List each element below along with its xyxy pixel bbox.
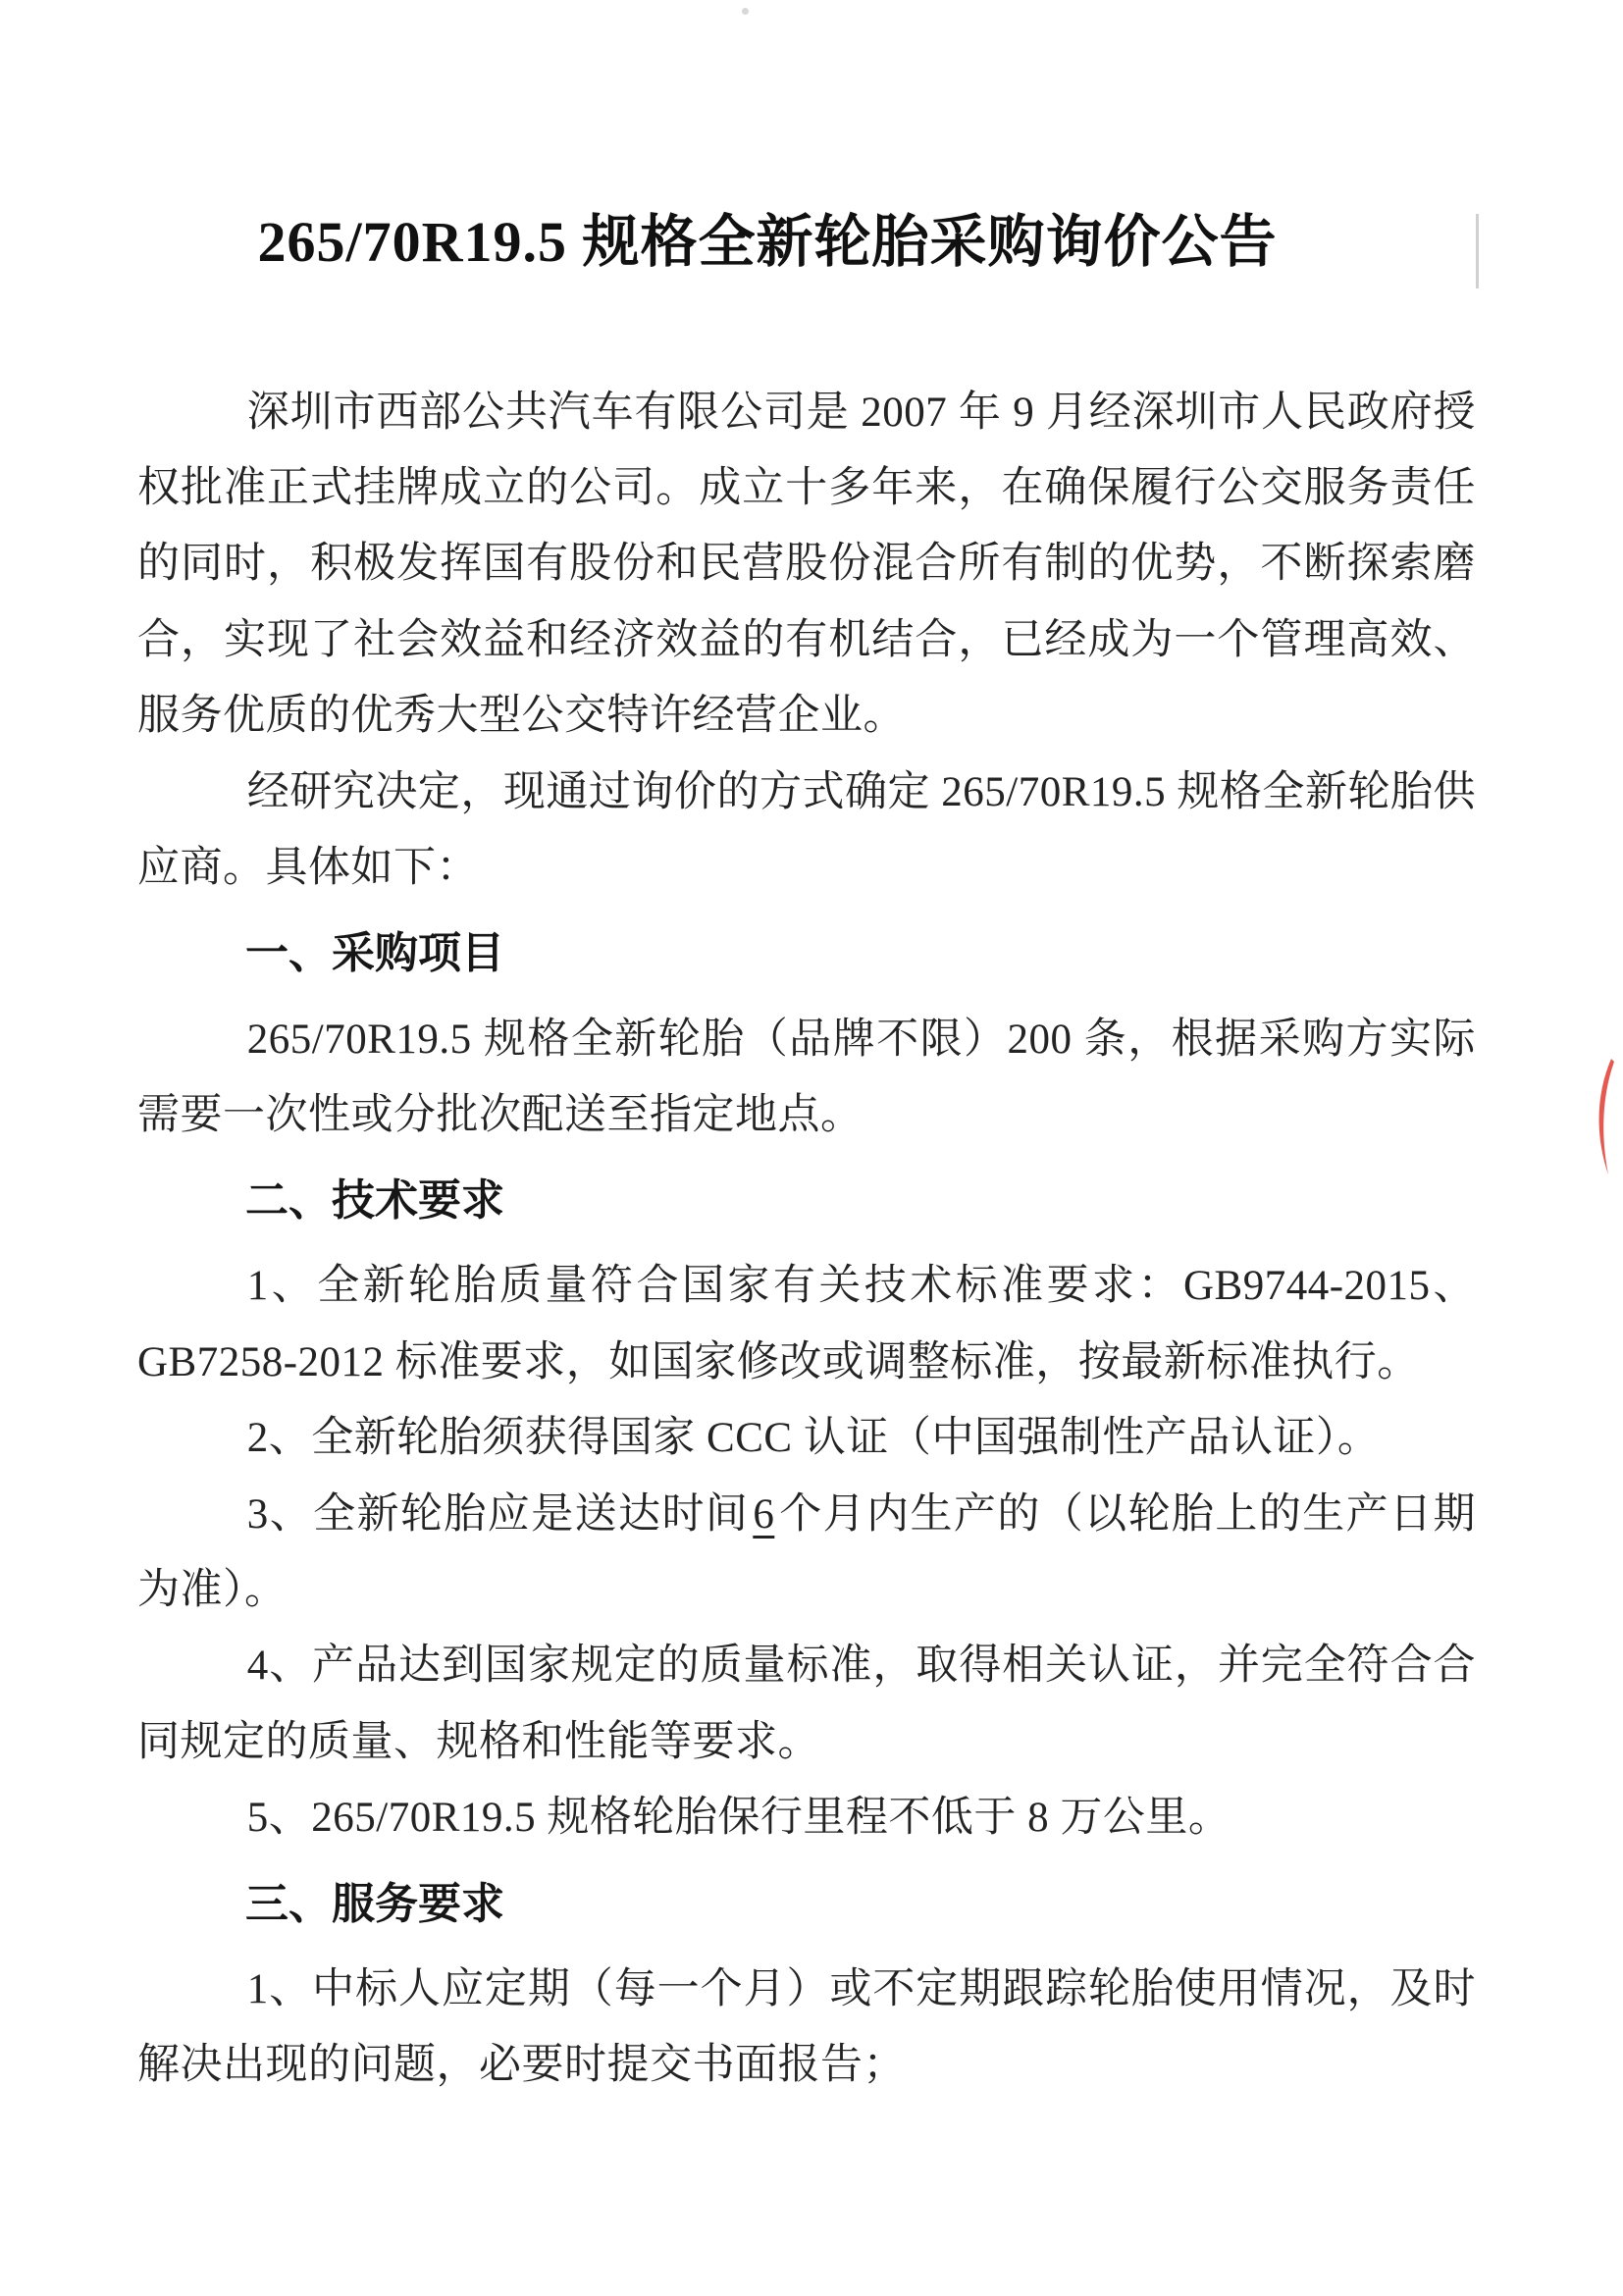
scan-artifact-dot [742,8,749,15]
document-title: 265/70R19.5 规格全新轮胎采购询价公告 [98,208,1437,277]
service-requirement-item-1: 1、中标人应定期（每一个月）或不定期跟踪轮胎使用情况，及时解决出现的问题，必要时… [137,1952,1476,2104]
procurement-project-paragraph: 265/70R19.5 规格全新轮胎（品牌不限）200 条，根据采购方实际需要一… [137,1002,1476,1154]
intro-paragraph-2: 经研究决定，现通过询价的方式确定 265/70R19.5 规格全新轮胎供应商。具… [137,755,1476,907]
technical-requirement-item-2: 2、全新轮胎须获得国家 CCC 认证（中国强制性产品认证）。 [137,1400,1476,1476]
scanned-document-page: 265/70R19.5 规格全新轮胎采购询价公告 深圳市西部公共汽车有限公司是 … [0,0,1623,2296]
section-heading-procurement-project: 一、采购项目 [137,914,1476,992]
item-3-prefix: 3、全新轮胎应是送达时间 [247,1491,750,1538]
technical-requirement-item-3: 3、全新轮胎应是送达时间6个月内生产的（以轮胎上的生产日期为准）。 [137,1477,1476,1629]
section-heading-service-requirements: 三、服务要求 [137,1865,1476,1943]
document-body: 265/70R19.5 规格全新轮胎采购询价公告 深圳市西部公共汽车有限公司是 … [0,208,1623,2104]
section-heading-technical-requirements: 二、技术要求 [137,1162,1476,1239]
scan-artifact-streak [1476,214,1479,288]
item-3-underlined-number: 6 [749,1491,778,1538]
intro-paragraph-1: 深圳市西部公共汽车有限公司是 2007 年 9 月经深圳市人民政府授权批准正式挂… [137,375,1476,755]
technical-requirement-item-1: 1、全新轮胎质量符合国家有关技术标准要求：GB9744-2015、GB7258-… [137,1248,1476,1400]
technical-requirement-item-4: 4、产品达到国家规定的质量标准，取得相关认证，并完全符合合同规定的质量、规格和性… [137,1628,1476,1780]
technical-requirement-item-5: 5、265/70R19.5 规格轮胎保行里程不低于 8 万公里。 [137,1780,1476,1855]
